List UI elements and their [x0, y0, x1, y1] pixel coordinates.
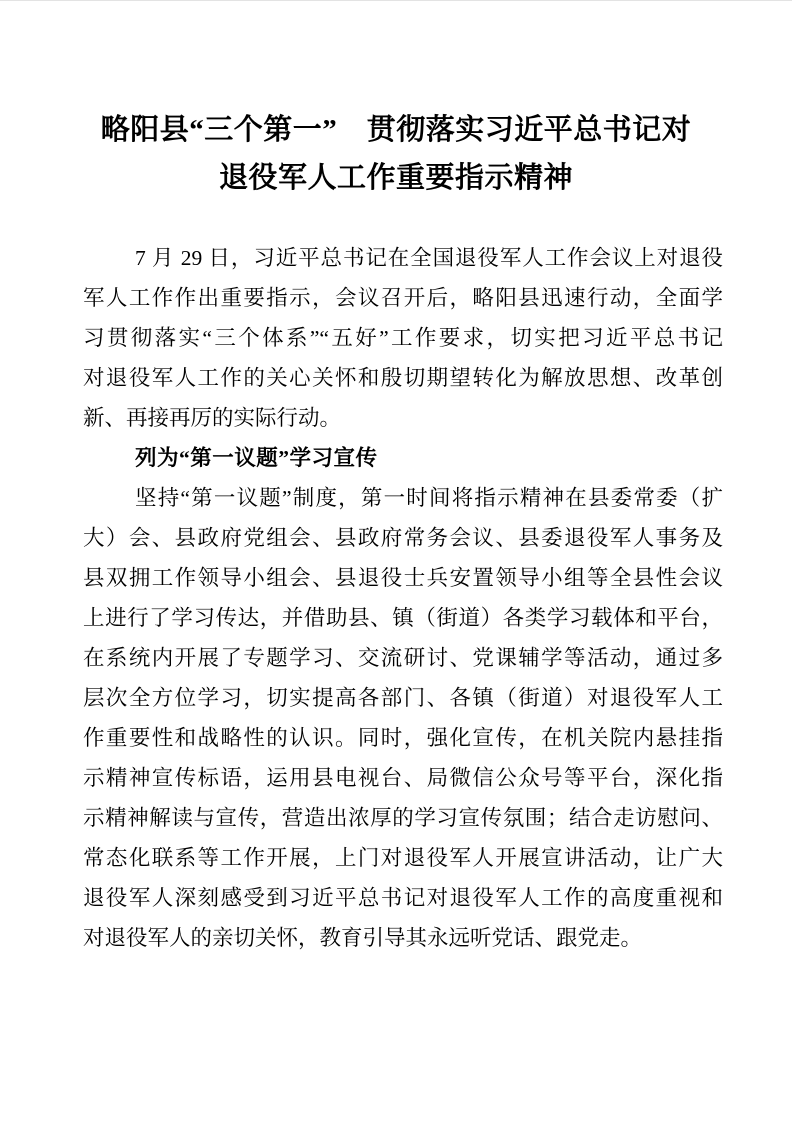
- paragraph-intro: 7 月 29 日，习近平总书记在全国退役军人工作会议上对退役 军人工作作出重要指…: [83, 238, 723, 438]
- document-title: 略阳县“三个第一” 贯彻落实习近平总书记对 退役军人工作重要指示精神: [0, 0, 792, 202]
- page-top-border: [0, 0, 792, 1]
- body-line: 军人工作作出重要指示，会议召开后，略阳县迅速行动，全面学: [83, 278, 723, 318]
- title-line-1: 略阳县“三个第一” 贯彻落实习近平总书记对: [0, 106, 792, 154]
- body-line: 层次全方位学习，切实提高各部门、各镇（街道）对退役军人工: [83, 678, 723, 718]
- body-line: 大）会、县政府党组会、县政府常务会议、县委退役军人事务及: [83, 518, 723, 558]
- body-line: 对退役军人工作的关心关怀和殷切期望转化为解放思想、改革创: [83, 358, 723, 398]
- paragraph-learning-publicity: 坚持“第一议题”制度，第一时间将指示精神在县委常委（扩 大）会、县政府党组会、县…: [83, 478, 723, 958]
- body-line: 退役军人深刻感受到习近平总书记对退役军人工作的高度重视和: [83, 878, 723, 918]
- body-line: 在系统内开展了专题学习、交流研讨、党课辅学等活动，通过多: [83, 638, 723, 678]
- body-line: 示精神解读与宣传，营造出浓厚的学习宣传氛围；结合走访慰问、: [83, 798, 723, 838]
- title-line-2: 退役军人工作重要指示精神: [0, 154, 792, 202]
- body-line: 新、再接再厉的实际行动。: [83, 398, 723, 438]
- body-line: 县双拥工作领导小组会、县退役士兵安置领导小组等全县性会议: [83, 558, 723, 598]
- section-heading: 列为“第一议题”学习宣传: [83, 438, 723, 478]
- body-line: 作重要性和战略性的认识。同时，强化宣传，在机关院内悬挂指: [83, 718, 723, 758]
- document-body: 7 月 29 日，习近平总书记在全国退役军人工作会议上对退役 军人工作作出重要指…: [0, 238, 792, 958]
- body-line: 习贯彻落实“三个体系”“五好”工作要求，切实把习近平总书记: [83, 318, 723, 358]
- body-line: 示精神宣传标语，运用县电视台、局微信公众号等平台，深化指: [83, 758, 723, 798]
- body-line: 7 月 29 日，习近平总书记在全国退役军人工作会议上对退役: [83, 238, 723, 278]
- body-line: 常态化联系等工作开展，上门对退役军人开展宣讲活动，让广大: [83, 838, 723, 878]
- body-line: 坚持“第一议题”制度，第一时间将指示精神在县委常委（扩: [83, 478, 723, 518]
- document-page: 略阳县“三个第一” 贯彻落实习近平总书记对 退役军人工作重要指示精神 7 月 2…: [0, 0, 792, 1121]
- body-line: 上进行了学习传达，并借助县、镇（街道）各类学习载体和平台，: [83, 598, 723, 638]
- body-line: 对退役军人的亲切关怀，教育引导其永远听党话、跟党走。: [83, 918, 723, 958]
